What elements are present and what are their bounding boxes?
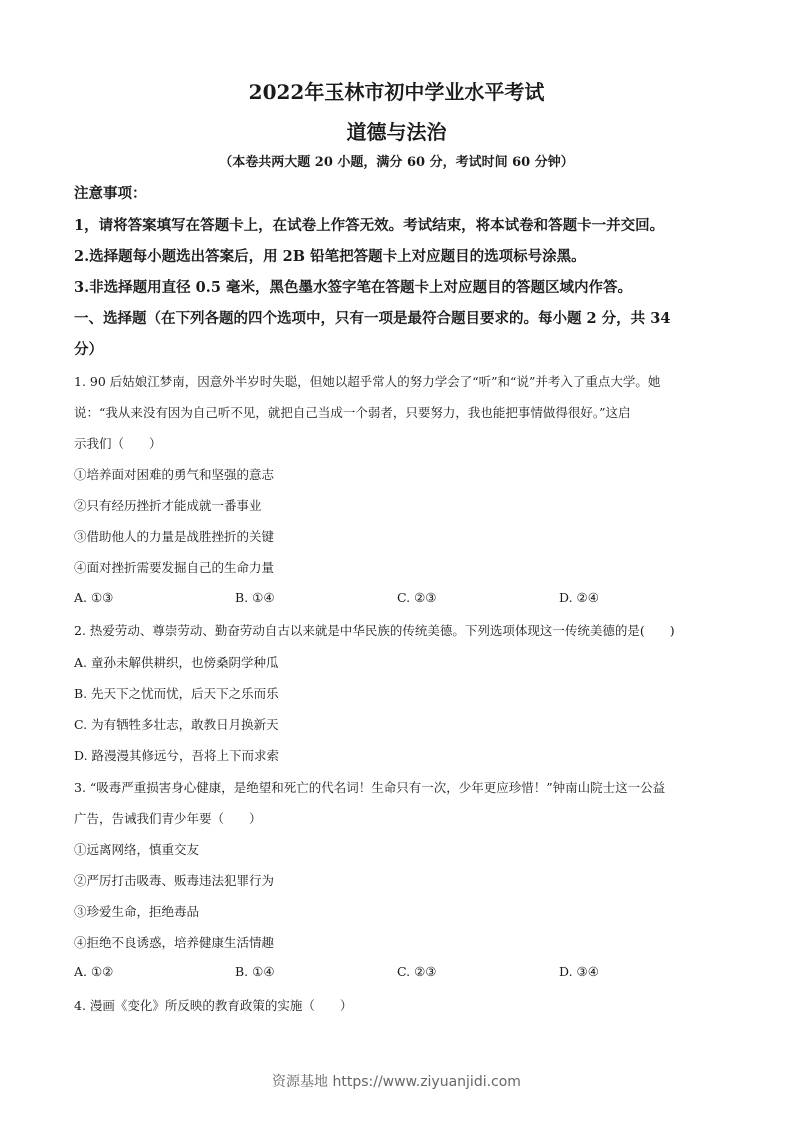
note-item-3: 3.非选择题用直径 0.5 毫米，黑色墨水签字笔在答题卡上对应题目的答题区域内作… (74, 276, 632, 297)
question-stem: 1. 90 后姑娘江梦南，因意外半岁时失聪，但她以超乎常人的努力学会了“听”和“… (74, 372, 660, 390)
statement: ②严厉打击吸毒、贩毒违法犯罪行为 (74, 871, 274, 889)
statement: ③珍爱生命，拒绝毒品 (74, 902, 199, 920)
option-b[interactable]: B. ①④ (235, 964, 275, 979)
question-stem: 广告，告诫我们青少年要（ ） (74, 809, 262, 827)
subject-title: 道德与法治 (0, 116, 793, 145)
note-item-1: 1，请将答案填写在答题卡上，在试卷上作答无效。考试结束，将本试卷和答题卡一并交回… (74, 214, 664, 235)
statement: ④面对挫折需要发掘自己的生命力量 (74, 558, 274, 576)
choice-c[interactable]: C. 为有牺牲多壮志，敢教日月换新天 (74, 715, 279, 733)
question-stem: 2. 热爱劳动、尊崇劳动、勤奋劳动自古以来就是中华民族的传统美德。下列选项体现这… (74, 621, 675, 639)
choice-a[interactable]: A. 童孙未解供耕织，也傍桑阴学种瓜 (74, 653, 278, 671)
option-c[interactable]: C. ②③ (397, 964, 436, 979)
option-a[interactable]: A. ①③ (74, 590, 113, 605)
choice-d[interactable]: D. 路漫漫其修远兮，吾将上下而求索 (74, 746, 279, 764)
exam-info: （本卷共两大题 20 小题，满分 60 分，考试时间 60 分钟） (0, 151, 793, 170)
option-d[interactable]: D. ③④ (559, 964, 599, 979)
notes-heading: 注意事项： (74, 182, 147, 203)
option-a[interactable]: A. ①② (74, 964, 113, 979)
section-heading-cont: 分） (74, 338, 103, 359)
statement: ①培养面对困难的勇气和坚强的意志 (74, 465, 274, 483)
note-item-2: 2.选择题每小题选出答案后，用 2B 铅笔把答题卡上对应题目的选项标号涂黑。 (74, 245, 586, 266)
choice-b[interactable]: B. 先天下之忧而忧，后天下之乐而乐 (74, 684, 279, 702)
statement: ④拒绝不良诱惑，培养健康生活情趣 (74, 933, 274, 951)
option-b[interactable]: B. ①④ (235, 590, 275, 605)
watermark-footer: 资源基地 https://www.ziyuanjidi.com (0, 1071, 793, 1091)
question-stem: 示我们（ ） (74, 434, 162, 452)
statement: ③借助他人的力量是战胜挫折的关键 (74, 527, 274, 545)
statement: ①远离网络，慎重交友 (74, 840, 199, 858)
question-stem: 3. “吸毒严重损害身心健康，是绝望和死亡的代名词！生命只有一次，少年更应珍惜！… (74, 778, 665, 796)
question-stem: 说：“我从来没有因为自己听不见，就把自己当成一个弱者，只要努力，我也能把事情做得… (74, 403, 631, 421)
option-c[interactable]: C. ②③ (397, 590, 436, 605)
option-d[interactable]: D. ②④ (559, 590, 599, 605)
statement: ②只有经历挫折才能成就一番事业 (74, 496, 262, 514)
question-stem: 4. 漫画《变化》所反映的教育政策的实施（ ） (74, 996, 352, 1014)
section-heading: 一、选择题（在下列各题的四个选项中，只有一项是最符合题目要求的。每小题 2 分，… (74, 307, 670, 328)
exam-title: 2022年玉林市初中学业水平考试 (0, 76, 793, 105)
